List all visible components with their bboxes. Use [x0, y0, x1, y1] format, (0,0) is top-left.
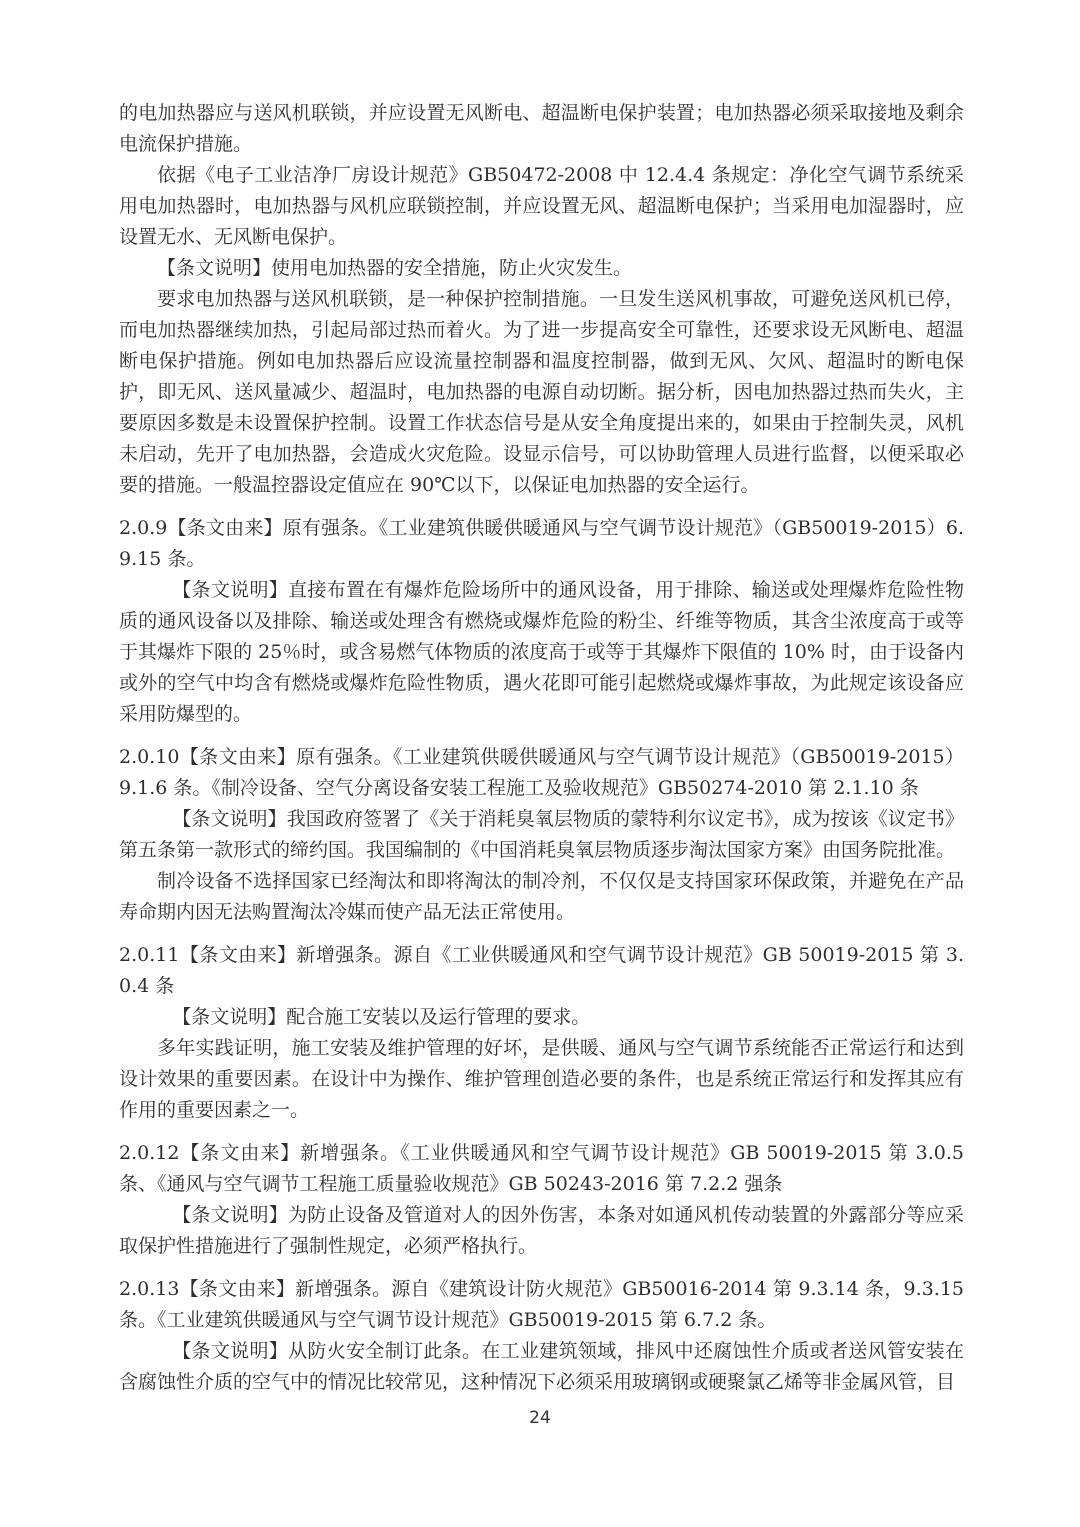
- paragraph: 【条文说明】使用电加热器的安全措施，防止火灾发生。: [119, 253, 964, 284]
- paragraph: 【条文说明】从防火安全制订此条。在工业建筑领域，排风中还腐蚀性介质或者送风管安装…: [119, 1336, 964, 1398]
- document-body: 的电加热器应与送风机联锁，并应设置无风断电、超温断电保护装置；电加热器必须采取接…: [119, 98, 964, 1398]
- document-page: 的电加热器应与送风机联锁，并应设置无风断电、超温断电保护装置；电加热器必须采取接…: [0, 0, 1080, 1527]
- paragraph: 要求电加热器与送风机联锁，是一种保护控制措施。一旦发生送风机事故，可避免送风机已…: [119, 284, 964, 501]
- paragraph: 制冷设备不选择国家已经淘汰和即将淘汰的制冷剂，不仅仅是支持国家环保政策，并避免在…: [119, 866, 964, 928]
- page-number: 24: [0, 1408, 1080, 1428]
- paragraph: 的电加热器应与送风机联锁，并应设置无风断电、超温断电保护装置；电加热器必须采取接…: [119, 98, 964, 160]
- paragraph: 依据《电子工业洁净厂房设计规范》GB50472-2008 中 12.4.4 条规…: [119, 160, 964, 253]
- paragraph: 2.0.12【条文由来】新增强条。《工业供暖通风和空气调节设计规范》GB 500…: [119, 1138, 964, 1200]
- paragraph: 多年实践证明，施工安装及维护管理的好坏，是供暖、通风与空气调节系统能否正常运行和…: [119, 1033, 964, 1126]
- paragraph: 【条文说明】配合施工安装以及运行管理的要求。: [119, 1002, 964, 1033]
- paragraph: 2.0.10【条文由来】原有强条。《工业建筑供暖供暖通风与空气调节设计规范》（G…: [119, 742, 964, 804]
- paragraph: 【条文说明】直接布置在有爆炸危险场所中的通风设备，用于排除、输送或处理爆炸危险性…: [119, 575, 964, 730]
- paragraph: 2.0.13【条文由来】新增强条。源自《建筑设计防火规范》GB50016-201…: [119, 1274, 964, 1336]
- paragraph: 【条文说明】我国政府签署了《关于消耗臭氧层物质的蒙特利尔议定书》，成为按该《议定…: [119, 804, 964, 866]
- paragraph: 2.0.11【条文由来】新增强条。源自《工业供暖通风和空气调节设计规范》GB 5…: [119, 940, 964, 1002]
- paragraph: 【条文说明】为防止设备及管道对人的因外伤害，本条对如通风机传动装置的外露部分等应…: [119, 1200, 964, 1262]
- paragraph: 2.0.9【条文由来】原有强条。《工业建筑供暖供暖通风与空气调节设计规范》（GB…: [119, 513, 964, 575]
